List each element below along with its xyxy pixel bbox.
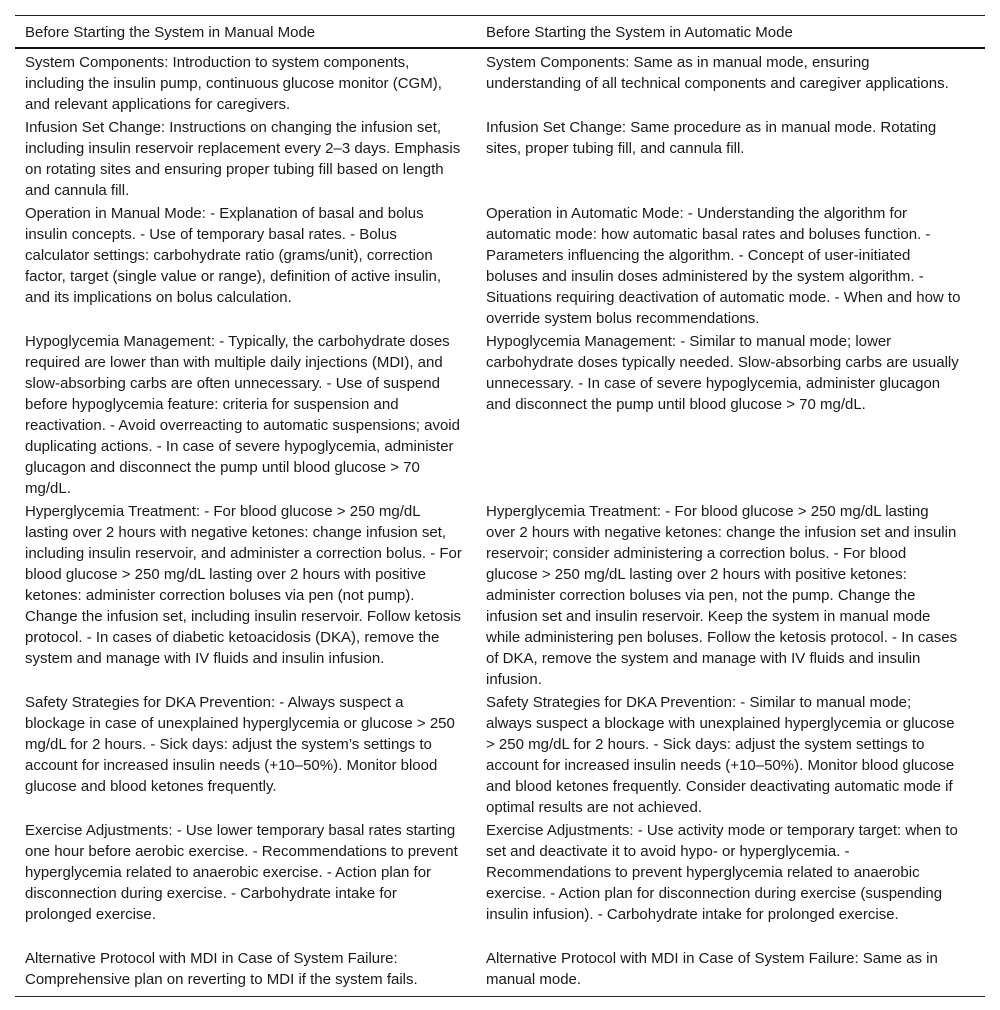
cell-automatic: Operation in Automatic Mode: - Understan… [476, 203, 985, 331]
table-row: Infusion Set Change: Instructions on cha… [15, 117, 985, 203]
table-row: Hypoglycemia Management: - Typically, th… [15, 331, 985, 501]
cell-automatic: Hyperglycemia Treatment: - For blood glu… [476, 501, 985, 692]
cell-manual: Hyperglycemia Treatment: - For blood glu… [15, 501, 476, 692]
cell-automatic: System Components: Same as in manual mod… [476, 52, 985, 117]
cell-automatic: Safety Strategies for DKA Prevention: - … [476, 692, 985, 820]
cell-manual: System Components: Introduction to syste… [15, 52, 476, 117]
table-header: Before Starting the System in Manual Mod… [15, 16, 985, 49]
cell-manual: Exercise Adjustments: - Use lower tempor… [15, 820, 476, 948]
cell-manual: Operation in Manual Mode: - Explanation … [15, 203, 476, 331]
table-row: Safety Strategies for DKA Prevention: - … [15, 692, 985, 820]
cell-automatic: Alternative Protocol with MDI in Case of… [476, 948, 985, 996]
cell-automatic: Hypoglycemia Management: - Similar to ma… [476, 331, 985, 501]
cell-automatic: Exercise Adjustments: - Use activity mod… [476, 820, 985, 948]
table-row: Exercise Adjustments: - Use lower tempor… [15, 820, 985, 948]
table-row: System Components: Introduction to syste… [15, 49, 985, 117]
cell-manual: Alternative Protocol with MDI in Case of… [15, 948, 476, 996]
header-manual-mode: Before Starting the System in Manual Mod… [15, 16, 476, 47]
cell-automatic: Infusion Set Change: Same procedure as i… [476, 117, 985, 203]
header-automatic-mode: Before Starting the System in Automatic … [476, 16, 985, 47]
table-row: Alternative Protocol with MDI in Case of… [15, 948, 985, 996]
cell-manual: Infusion Set Change: Instructions on cha… [15, 117, 476, 203]
cell-manual: Safety Strategies for DKA Prevention: - … [15, 692, 476, 820]
table-row: Operation in Manual Mode: - Explanation … [15, 203, 985, 331]
cell-manual: Hypoglycemia Management: - Typically, th… [15, 331, 476, 501]
training-comparison-table: Before Starting the System in Manual Mod… [15, 15, 985, 997]
table-row: Hyperglycemia Treatment: - For blood glu… [15, 501, 985, 692]
